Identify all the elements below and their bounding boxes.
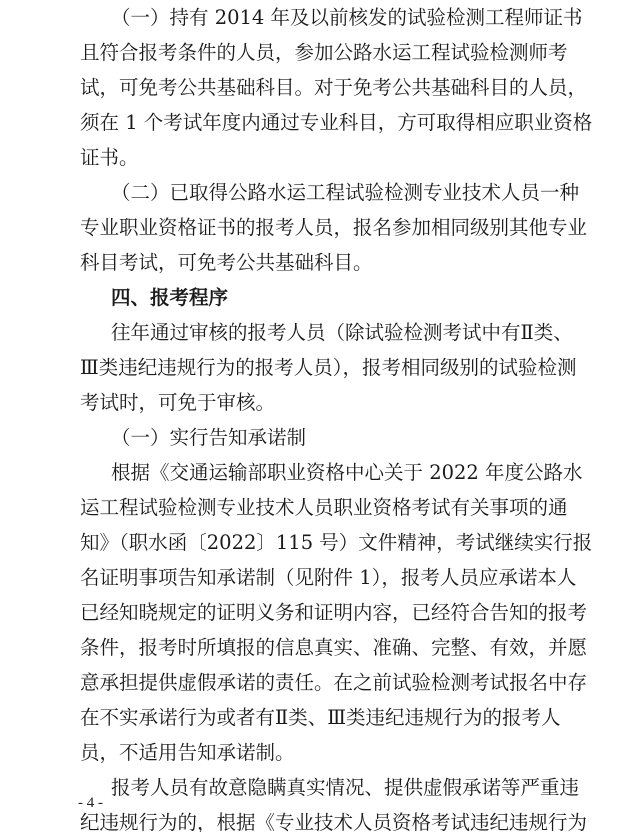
paragraph-line: 考试时，可免于审核。 (80, 385, 548, 420)
paragraph-line: 员，不适用告知承诺制。 (80, 735, 548, 770)
paragraph-line: （二）已取得公路水运工程试验检测专业技术人员一种 (80, 175, 548, 210)
paragraph-line: Ⅲ类违纪违规行为的报考人员），报考相同级别的试验检测 (80, 350, 548, 385)
paragraph-line: 往年通过审核的报考人员（除试验检测考试中有Ⅱ类、 (80, 315, 548, 350)
paragraph-line: 专业职业资格证书的报考人员，报名参加相同级别其他专业 (80, 210, 548, 245)
body-text: （一）持有 2014 年及以前核发的试验检测工程师证书 且符合报考条件的人员，参… (80, 0, 548, 832)
subsection-heading: （一）实行告知承诺制 (80, 420, 548, 455)
paragraph-line: 且符合报考条件的人员，参加公路水运工程试验检测师考 (80, 35, 548, 70)
paragraph-line: 已经知晓规定的证明义务和证明内容，已经符合告知的报考 (80, 595, 548, 630)
paragraph-line: 运工程试验检测专业技术人员职业资格考试有关事项的通 (80, 490, 548, 525)
paragraph-line: 意承担提供虚假承诺的责任。在之前试验检测考试报名中存 (80, 665, 548, 700)
paragraph-line: 证书。 (80, 140, 548, 175)
page-number: - 4 - (78, 795, 103, 812)
paragraph-line: 纪违规行为的，根据《专业技术人员资格考试违纪违规行为 (80, 805, 548, 832)
paragraph-line: 名证明事项告知承诺制（见附件 1），报考人员应承诺本人 (80, 560, 548, 595)
paragraph-line: 科目考试，可免考公共基础科目。 (80, 245, 548, 280)
section-heading: 四、报考程序 (80, 280, 548, 315)
paragraph-line: 根据《交通运输部职业资格中心关于 2022 年度公路水 (80, 455, 548, 490)
paragraph-line: 报考人员有故意隐瞒真实情况、提供虚假承诺等严重违 (80, 770, 548, 805)
paragraph-line: 须在 1 个考试年度内通过专业科目，方可取得相应职业资格 (80, 105, 548, 140)
document-page: （一）持有 2014 年及以前核发的试验检测工程师证书 且符合报考条件的人员，参… (0, 0, 626, 832)
paragraph-line: 条件，报考时所填报的信息真实、准确、完整、有效，并愿 (80, 630, 548, 665)
paragraph-line: 在不实承诺行为或者有Ⅱ类、Ⅲ类违纪违规行为的报考人 (80, 700, 548, 735)
paragraph-line: （一）持有 2014 年及以前核发的试验检测工程师证书 (80, 0, 548, 35)
paragraph-line: 知》（职水函〔2022〕115 号）文件精神，考试继续实行报 (80, 525, 548, 560)
paragraph-line: 试，可免考公共基础科目。对于免考公共基础科目的人员， (80, 70, 548, 105)
